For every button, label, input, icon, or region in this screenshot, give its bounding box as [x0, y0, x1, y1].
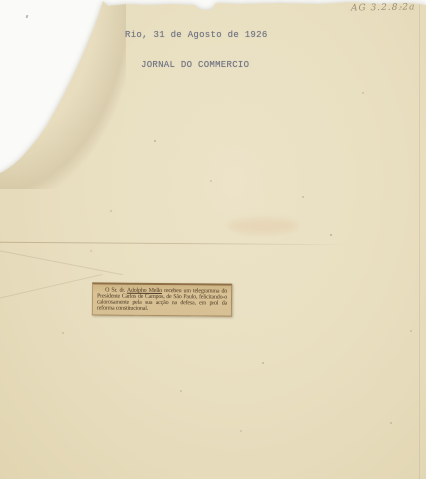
diagonal-crease [0, 250, 123, 275]
archive-code-annotation: AG 3.2.8.2a [351, 2, 416, 13]
publication-title: JORNAL DO COMMERCIO [141, 60, 249, 70]
clipping-paragraph: O Sr. dr. Adolpho Mello recebeu um teleg… [97, 287, 227, 312]
torn-edge-shading [0, 0, 126, 189]
diagonal-crease [0, 274, 103, 299]
paper-stain [228, 218, 298, 234]
paper-sheet-wrapper [0, 0, 426, 479]
paper-right-edge-line [419, 0, 420, 479]
newspaper-clipping: O Sr. dr. Adolpho Mello recebeu um teleg… [92, 282, 232, 316]
scanned-document-canvas: AG 3.2.8.2a Rio, 31 de Agosto de 1926 JO… [0, 0, 426, 479]
horizontal-fold-crease [0, 242, 345, 245]
paper-sheet [0, 0, 426, 479]
paper-speckles [154, 140, 156, 142]
dateline-text: Rio, 31 de Agosto de 1926 [125, 30, 268, 40]
